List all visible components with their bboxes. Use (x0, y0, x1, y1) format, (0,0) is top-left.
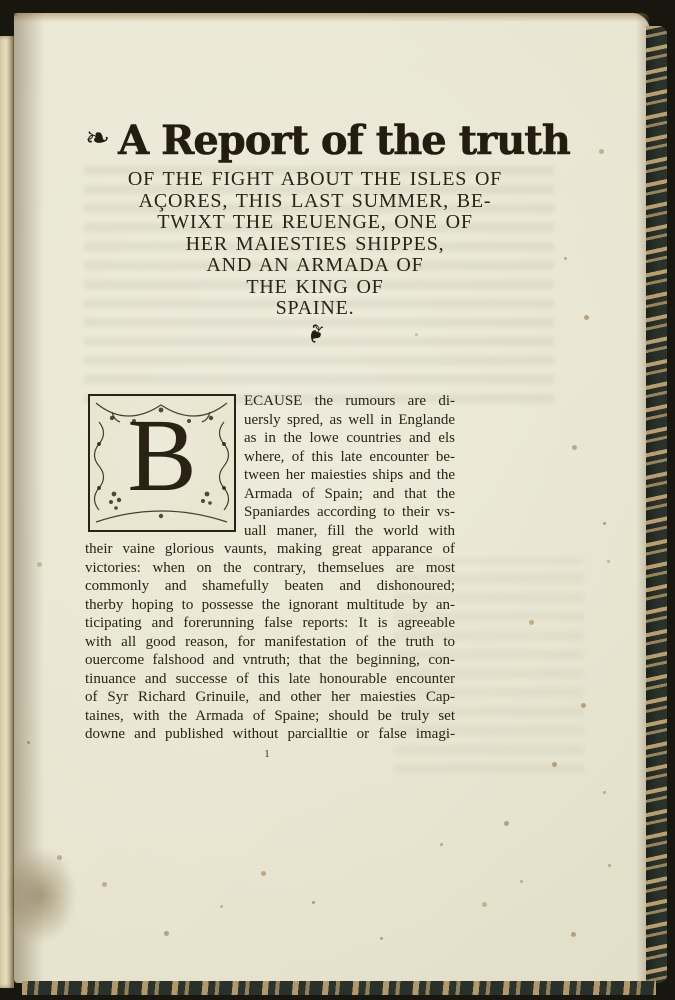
divider-leaf-icon: ❧ (85, 318, 545, 358)
subtitle-line: OF THE FIGHT ABOUT THE ISLES OF (85, 169, 545, 191)
body-line: therby hoping to possesse the ignorant m… (85, 596, 455, 615)
body-line: of Syr Richard Grinuile, and other her m… (85, 688, 455, 707)
stain (6, 848, 76, 943)
title-text: A Report of the truth (118, 117, 570, 164)
subtitle-line: HER MAIESTIES SHIPPES, (85, 234, 545, 256)
decorated-initial: B (88, 394, 236, 532)
body-line: with all good reason, for manifestation … (85, 633, 455, 652)
book-page: ❧A Report of the truth OF THE FIGHT ABOU… (14, 13, 650, 983)
drop-cap-letter: B (90, 404, 234, 508)
body-line: tinuance and successe of this late honou… (85, 670, 455, 689)
subtitle-line: SPAINE. (85, 298, 545, 320)
body-line: taines, with the Armada of Spaine; shoul… (85, 707, 455, 726)
body-line: downe and published without parcialltie … (85, 725, 455, 744)
subtitle-line: AÇORES, THIS LAST SUMMER, BE- (85, 191, 545, 213)
page-number: 1 (261, 750, 273, 760)
subtitle-line: TWIXT THE REUENGE, ONE OF (85, 212, 545, 234)
body-paragraph: B ECAUSE the rumours are di- uersly spre… (85, 392, 455, 744)
body-line: their vaine glorious vaunts, making grea… (85, 540, 455, 559)
body-line: victories: when on the contrary, themsel… (85, 559, 455, 578)
fore-edge-right (646, 26, 667, 983)
book-photo: ❧A Report of the truth OF THE FIGHT ABOU… (0, 0, 675, 1000)
body-line: ticipating and forerunning false reports… (85, 614, 455, 633)
body-line: commonly and shamefully beaten and disho… (85, 577, 455, 596)
type-area: ❧A Report of the truth OF THE FIGHT ABOU… (85, 13, 545, 358)
page-title: ❧A Report of the truth (85, 116, 545, 164)
foxing-spots (14, 13, 17, 16)
subtitle-line: AND AN ARMADA OF (85, 255, 545, 277)
facing-page-edge (0, 36, 14, 988)
subtitle-line: THE KING OF (85, 277, 545, 299)
body-line: ouercome falshood and vntruth; that the … (85, 651, 455, 670)
hedera-leaf-icon: ❧ (85, 116, 110, 162)
fore-edge-bottom (22, 981, 656, 995)
subtitle-block: OF THE FIGHT ABOUT THE ISLES OF AÇORES, … (85, 169, 545, 320)
